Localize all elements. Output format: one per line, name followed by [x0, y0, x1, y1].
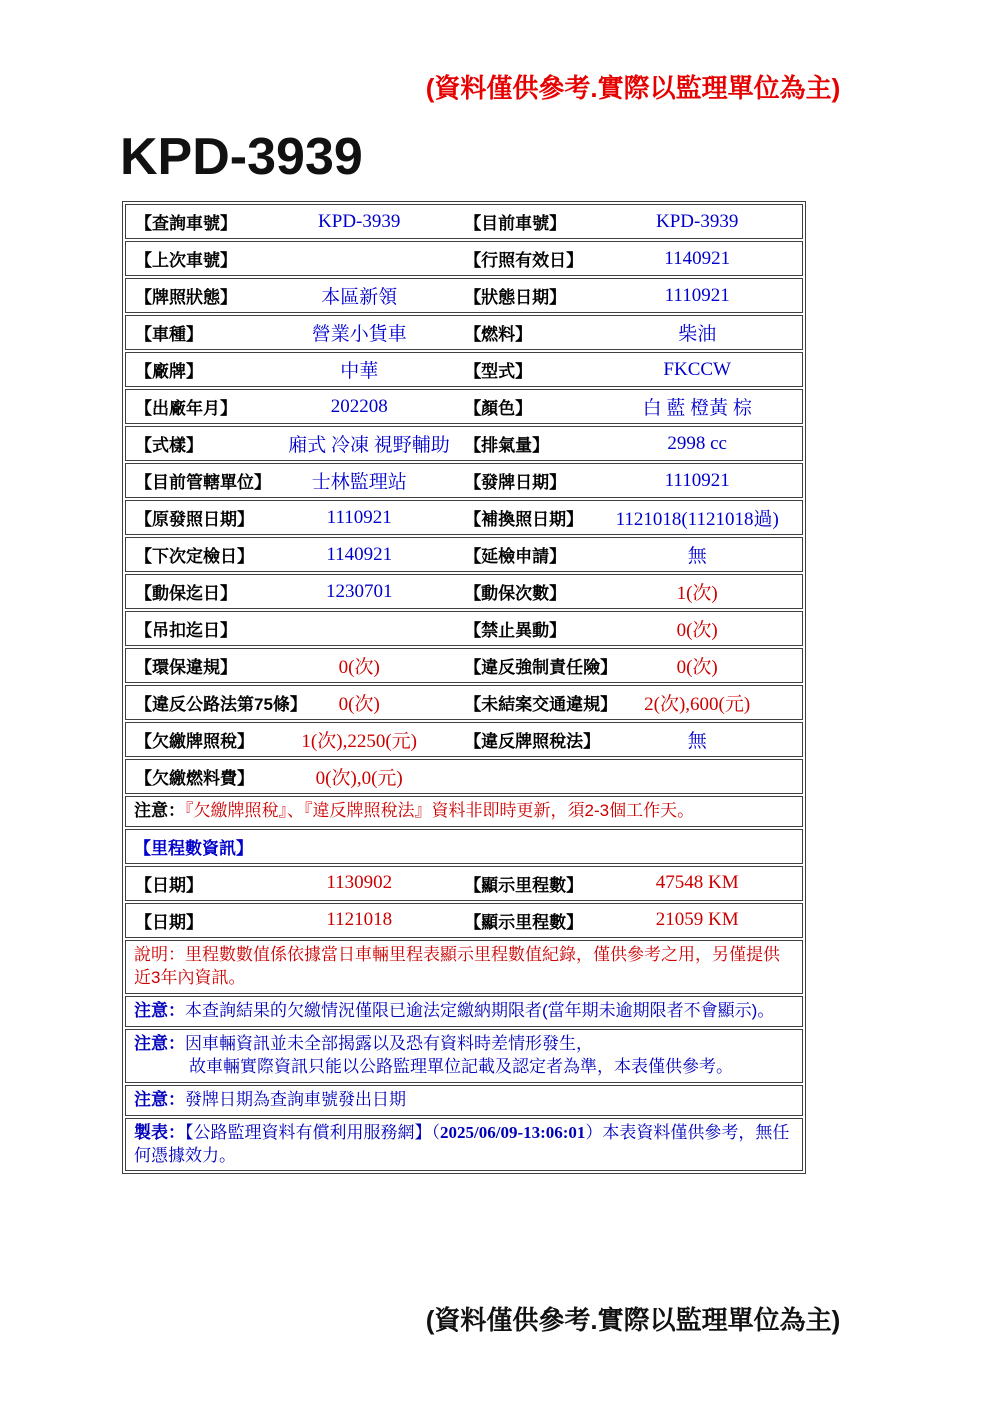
field-label: 【牌照狀態】 [126, 283, 288, 308]
field-label: 【式樣】 [126, 431, 288, 456]
note-text: 發牌日期為查詢車號發出日期 [185, 1090, 406, 1109]
field-value: KPD-3939 [288, 211, 430, 233]
field-value: KPD-3939 [592, 211, 802, 233]
field-label: 【廠牌】 [126, 357, 288, 382]
field-label: 【動保迄日】 [126, 579, 288, 604]
table-row: 【目前管轄單位】士林監理站【發牌日期】1110921 [125, 463, 803, 498]
table-row: 【下次定檢日】1140921【延檢申請】無 [125, 537, 803, 572]
field-value: 1121018 [288, 909, 430, 931]
note-text: 『欠繳牌照稅』、『違反牌照稅法』資料非即時更新，須2-3個工作天。 [185, 801, 694, 820]
field-value: FKCCW [592, 359, 802, 381]
field-value: 2998 cc [592, 433, 802, 455]
field-value: 0(次) [592, 615, 802, 642]
field-label: 【顏色】 [430, 394, 592, 419]
note-text: 【公路監理資料有償利用服務網】（2025/06/09-13:06:01）本表資料… [134, 1123, 789, 1165]
note-prefix: 注意： [134, 1001, 185, 1020]
maker-source: 【公路監理資料有償利用服務網】（ [185, 1123, 440, 1142]
field-value: 47548 KM [592, 872, 802, 894]
table-row: 注意：因車輛資訊並未全部揭露以及恐有資料時差情形發生，故車輛實際資訊只能以公路監… [125, 1029, 803, 1083]
field-label: 【補換照日期】 [430, 505, 592, 530]
field-value: 本區新領 [288, 282, 430, 309]
field-value: 1110921 [592, 470, 802, 492]
note-prefix: 注意： [134, 1034, 185, 1053]
field-value: 柴油 [592, 319, 802, 346]
table-row: 【欠繳燃料費】0(次),0(元) [125, 759, 803, 794]
table-row: 【欠繳牌照稅】1(次),2250(元)【違反牌照稅法】無 [125, 722, 803, 757]
field-label: 【發牌日期】 [430, 468, 592, 493]
table-row: 【出廠年月】202208【顏色】白 藍 橙黃 棕 [125, 389, 803, 424]
table-row: 【違反公路法第75條】0(次)【未結案交通違規】2(次),600(元) [125, 685, 803, 720]
field-label: 【上次車號】 [126, 246, 288, 271]
field-value: 202208 [288, 396, 430, 418]
bottom-disclaimer: (資料僅供參考.實際以監理單位為主) [137, 1300, 992, 1337]
field-value: 士林監理站 [288, 467, 430, 494]
field-label: 【目前管轄單位】 [126, 468, 288, 493]
field-label: 【延檢申請】 [430, 542, 592, 567]
maker-timestamp: 2025/06/09-13:06:01 [440, 1123, 585, 1142]
table-row: 【車種】營業小貨車【燃料】柴油 [125, 315, 803, 350]
vehicle-table: 【查詢車號】KPD-3939【目前車號】KPD-3939【上次車號】【行照有效日… [122, 201, 806, 1174]
section-label: 【里程數資訊】 [134, 839, 253, 858]
field-value: 無 [592, 726, 802, 753]
field-label: 【排氣量】 [430, 431, 592, 456]
table-row: 【環保違規】0(次)【違反強制責任險】0(次) [125, 648, 803, 683]
field-label: 【日期】 [126, 871, 288, 896]
note-text: 說明：里程數數值係依據當日車輛里程表顯示里程數值紀錄，僅供參考之用，另僅提供近3… [134, 945, 780, 987]
field-label: 【違反牌照稅法】 [430, 727, 592, 752]
field-label: 【型式】 [430, 357, 592, 382]
table-row: 注意：發牌日期為查詢車號發出日期 [125, 1085, 803, 1116]
field-value: 1130902 [288, 872, 430, 894]
table-row: 【查詢車號】KPD-3939【目前車號】KPD-3939 [125, 204, 803, 239]
field-value: 無 [592, 541, 802, 568]
field-value: 0(次) [288, 652, 430, 679]
note-prefix: 製表： [134, 1123, 185, 1142]
field-label: 【查詢車號】 [126, 209, 288, 234]
field-label: 【顯示里程數】 [430, 908, 592, 933]
field-label: 【動保次數】 [430, 579, 592, 604]
field-value: 21059 KM [592, 909, 802, 931]
field-label: 【違反強制責任險】 [430, 653, 592, 678]
note-prefix: 注意： [134, 801, 185, 820]
table-row: 說明：里程數數值係依據當日車輛里程表顯示里程數值紀錄，僅供參考之用，另僅提供近3… [125, 940, 803, 994]
field-label: 【目前車號】 [430, 209, 592, 234]
field-value: 營業小貨車 [288, 319, 430, 346]
note-text-line2: 故車輛實際資訊只能以公路監理單位記載及認定者為準，本表僅供參考。 [134, 1057, 733, 1076]
field-value: 1(次),2250(元) [288, 726, 430, 753]
field-value: 2(次),600(元) [592, 689, 802, 716]
field-value: 1(次) [592, 578, 802, 605]
table-row: 注意：『欠繳牌照稅』、『違反牌照稅法』資料非即時更新，須2-3個工作天。 [125, 796, 803, 827]
field-label: 【燃料】 [430, 320, 592, 345]
field-label: 【未結案交通違規】 [430, 690, 592, 715]
field-label: 【車種】 [126, 320, 288, 345]
field-label: 【吊扣迄日】 [126, 616, 288, 641]
top-disclaimer: (資料僅供參考.實際以監理單位為主) [137, 68, 992, 105]
field-label: 【欠繳燃料費】 [126, 764, 288, 789]
field-label: 【原發照日期】 [126, 505, 288, 530]
field-label: 【環保違規】 [126, 653, 288, 678]
table-row: 【吊扣迄日】【禁止異動】0(次) [125, 611, 803, 646]
table-row: 注意：本查詢結果的欠繳情況僅限已逾法定繳納期限者(當年期未逾期限者不會顯示)。 [125, 996, 803, 1027]
note-text: 因車輛資訊並未全部揭露以及恐有資料時差情形發生，故車輛實際資訊只能以公路監理單位… [134, 1034, 733, 1076]
field-value: 1140921 [288, 544, 430, 566]
table-row: 【原發照日期】1110921【補換照日期】1121018(1121018過) [125, 500, 803, 535]
field-label: 【顯示里程數】 [430, 871, 592, 896]
field-label: 【禁止異動】 [430, 616, 592, 641]
field-value: 白 藍 橙黃 棕 [592, 393, 802, 420]
field-label: 【出廠年月】 [126, 394, 288, 419]
field-value: 1140921 [592, 248, 802, 270]
field-label: 【違反公路法第75條】 [126, 690, 288, 715]
field-value: 0(次) [592, 652, 802, 679]
table-row: 【式樣】廂式 冷凍 視野輔助【排氣量】2998 cc [125, 426, 803, 461]
field-value: 中華 [288, 356, 430, 383]
field-value: 0(次) [288, 689, 430, 716]
field-value: 1110921 [288, 507, 430, 529]
table-row: 【上次車號】【行照有效日】1140921 [125, 241, 803, 276]
note-prefix: 注意： [134, 1090, 185, 1109]
field-value: 廂式 冷凍 視野輔助 [288, 430, 430, 457]
table-row: 【廠牌】中華【型式】FKCCW [125, 352, 803, 387]
table-row: 【日期】1121018【顯示里程數】21059 KM [125, 903, 803, 938]
table-row: 【里程數資訊】 [125, 829, 803, 864]
note-text: 本查詢結果的欠繳情況僅限已逾法定繳納期限者(當年期未逾期限者不會顯示)。 [185, 1001, 774, 1020]
page-title: KPD-3939 [120, 131, 992, 183]
table-row: 【牌照狀態】本區新領【狀態日期】1110921 [125, 278, 803, 313]
table-row: 製表：【公路監理資料有償利用服務網】（2025/06/09-13:06:01）本… [125, 1118, 803, 1172]
field-label: 【下次定檢日】 [126, 542, 288, 567]
field-value: 1110921 [592, 285, 802, 307]
table-row: 【日期】1130902【顯示里程數】47548 KM [125, 866, 803, 901]
field-label: 【欠繳牌照稅】 [126, 727, 288, 752]
field-value: 1121018(1121018過) [592, 504, 802, 531]
table-row: 【動保迄日】1230701【動保次數】1(次) [125, 574, 803, 609]
field-value: 0(次),0(元) [288, 763, 430, 790]
field-label: 【狀態日期】 [430, 283, 592, 308]
field-value: 1230701 [288, 581, 430, 603]
field-label: 【行照有效日】 [430, 246, 592, 271]
field-label: 【日期】 [126, 908, 288, 933]
